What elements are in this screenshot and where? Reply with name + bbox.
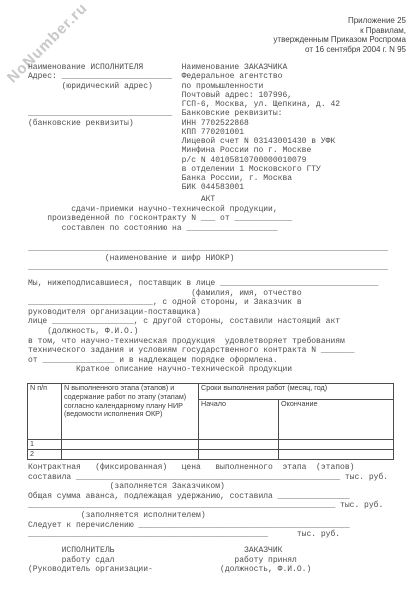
document-page: NoNumber.ru Приложение 25 к Правилам, ут…: [0, 0, 420, 600]
col-start-header: Начало: [199, 400, 279, 440]
col-terms-header: Сроки выполнения работ (месяц, год): [199, 384, 394, 400]
empty-cell: [199, 440, 279, 450]
table-caption: Краткое описание научно-технической прод…: [28, 365, 292, 374]
description-table: N п/п N выполненного этапа (этапов) и со…: [27, 383, 394, 460]
table-row: 1: [28, 440, 394, 450]
table-row: 2: [28, 449, 394, 459]
empty-cell: [62, 449, 199, 459]
appendix-note: Приложение 25 к Правилам, утвержденным П…: [273, 16, 406, 54]
parties-block: Наименование ИСПОЛНИТЕЛЯ Наименование ЗА…: [28, 63, 340, 193]
empty-cell: [279, 449, 394, 459]
row-number-cell: 2: [28, 449, 62, 459]
col-num-header: N п/п: [28, 384, 62, 440]
agreement-paragraph: Мы, нижеподписавшиеся, поставщик в лице …: [28, 279, 378, 365]
empty-cell: [199, 449, 279, 459]
empty-cell: [279, 440, 394, 450]
act-title-block: АКТ сдачи-приемки научно-технической про…: [28, 195, 292, 234]
row-number-cell: 1: [28, 440, 62, 450]
col-end-header: Окончание: [279, 400, 394, 440]
signature-block: ИСПОЛНИТЕЛЬ ЗАКАЗЧИК работу сдал работу …: [28, 546, 311, 575]
col-desc-header: N выполненного этапа (этапов) и содержан…: [62, 384, 199, 440]
empty-cell: [62, 440, 199, 450]
price-block: Контрактная (фиксированная) цена выполне…: [28, 463, 388, 540]
niokr-name-lines: ________________________________________…: [28, 244, 388, 273]
